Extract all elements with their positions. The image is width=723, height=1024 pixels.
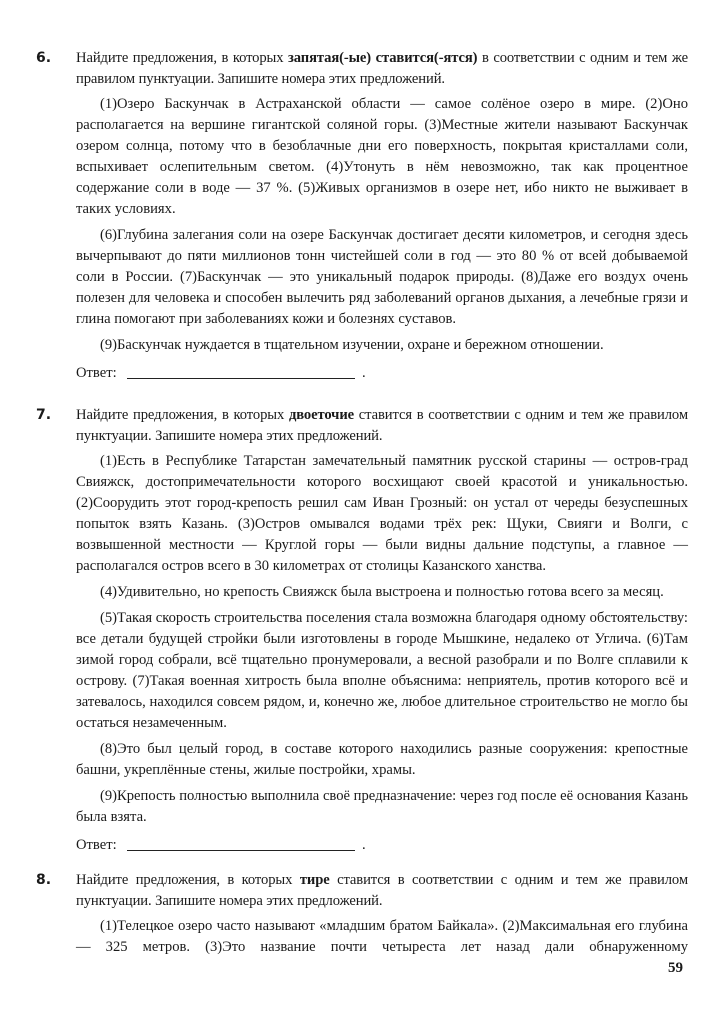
text-paragraph: (9)Баскунчак нуждается в тщательном изуч… xyxy=(76,335,688,356)
task-number: 7. xyxy=(36,405,51,426)
task-body: Найдите предложения, в которых тире став… xyxy=(76,870,688,963)
answer-label: Ответ: xyxy=(76,363,117,384)
task-number: 8. xyxy=(36,870,51,891)
task-body: Найдите предложения, в которых двоеточие… xyxy=(76,405,688,856)
text-paragraph: (4)Удивительно, но крепость Свияжск была… xyxy=(76,582,688,603)
answer-row: Ответ: . xyxy=(76,835,688,856)
answer-period: . xyxy=(362,363,366,384)
text-paragraph: (1)Озеро Баскунчак в Астраханской област… xyxy=(76,94,688,220)
task-prompt: Найдите предложения, в которых двоеточие… xyxy=(76,405,688,447)
text-paragraph: (8)Это был целый город, в составе которо… xyxy=(76,739,688,781)
answer-blank[interactable] xyxy=(127,850,355,851)
answer-label: Ответ: xyxy=(76,835,117,856)
task-prompt: Найдите предложения, в которых запятая(-… xyxy=(76,48,688,90)
answer-row: Ответ: . xyxy=(76,363,688,384)
text-paragraph: (9)Крепость полностью выполнила своё пре… xyxy=(76,786,688,828)
answer-blank[interactable] xyxy=(127,378,355,379)
prompt-emphasis: двоеточие xyxy=(289,407,354,423)
text-paragraph: (1)Есть в Республике Татарстан замечател… xyxy=(76,451,688,577)
answer-period: . xyxy=(362,835,366,856)
task-body: Найдите предложения, в которых запятая(-… xyxy=(76,48,688,384)
prompt-emphasis: тире xyxy=(300,872,330,888)
prompt-emphasis: запятая(-ые) ставится(-ятся) xyxy=(288,50,477,66)
text-paragraph: (1)Телецкое озеро часто называют «младши… xyxy=(76,916,688,958)
task-prompt: Найдите предложения, в которых тире став… xyxy=(76,870,688,912)
text-paragraph: (6)Глубина залегания соли на озере Баску… xyxy=(76,225,688,330)
page-number: 59 xyxy=(668,960,683,977)
task-number: 6. xyxy=(36,48,51,69)
text-paragraph: (5)Такая скорость строительства поселени… xyxy=(76,608,688,734)
prompt-text: Найдите предложения, в которых xyxy=(76,872,300,888)
prompt-text: Найдите предложения, в которых xyxy=(76,407,289,423)
prompt-text: Найдите предложения, в которых xyxy=(76,50,288,66)
